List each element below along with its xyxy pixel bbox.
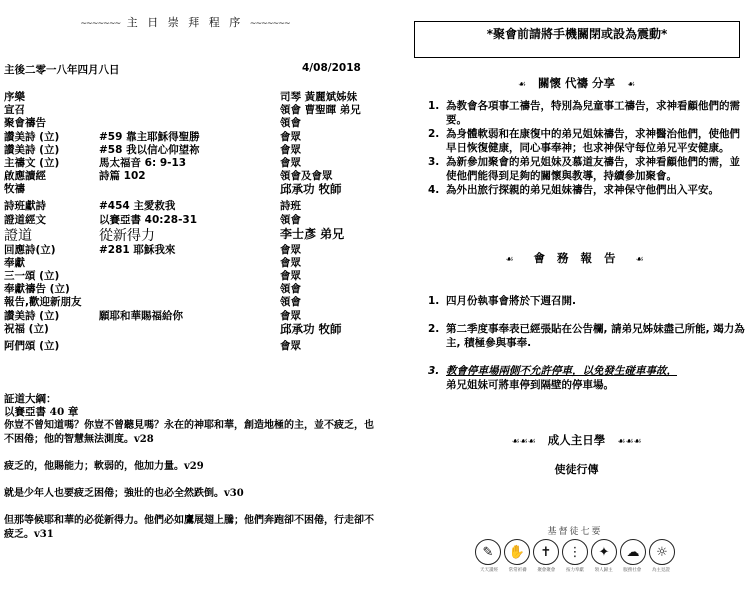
order-row: 牧禱邱承功 牧師 [4, 181, 380, 198]
emblem-title: 基督徒七要 [475, 524, 675, 537]
service-icon: ☁ [620, 539, 646, 565]
ornament-right-icon: ~~~~~~~ [250, 19, 290, 28]
worship-title: ~~~~~~~ 主 日 崇 拜 程 序 ~~~~~~~ [70, 14, 300, 30]
emblem-label: 天天讀經 [475, 567, 503, 573]
ornament-icon: ☙ [505, 255, 517, 265]
order-row: 主禱文 (立)馬太福音 6: 9-13會眾 [4, 155, 380, 168]
order-row: 回應詩(立)#281 耶穌我來會眾 [4, 242, 380, 255]
order-row: 證道經文以賽亞書 40:28-31領會 [4, 212, 380, 225]
emblem-label: 服務社會 [618, 567, 646, 573]
order-row: 讚美詩 (立)願耶和華賜福給你會眾 [4, 308, 380, 321]
emblem-label: 常常祈禱 [504, 567, 532, 573]
verse-v31: 但那等候耶和華的必從新得力。他們必如鷹展翅上騰；他們奔跑卻不困倦，行走卻不疲乏。… [4, 514, 376, 542]
announcement-item: 1.四月份執事會將於下週召開. [428, 294, 748, 308]
outline-reference: 以賽亞書 40 章 [4, 406, 376, 419]
church-icon: ✝ [533, 539, 559, 565]
prayer-item: 4.為外出旅行探親的弟兄姐妹禱告，求神保守他們出入平安。 [428, 183, 748, 197]
announcements-title: ☙ 會 務 報 告 ☙ [400, 250, 753, 266]
order-row: 讚美詩 (立)#59 靠主耶穌得聖勝會眾 [4, 129, 380, 142]
prayer-list: 1.為教會各項事工禱告，特別為兒童事工禱告，求神看顧他們的需要。 2.為身體軟弱… [428, 99, 748, 197]
seven-essentials-emblem: 基督徒七要 ✎ ✋ ✝ ⋮ ✦ ☁ ☼ 天天讀經 常常祈禱 聚會聚會 按力奉獻 … [475, 524, 675, 573]
order-row: 詩班獻詩#454 主愛救我詩班 [4, 198, 380, 211]
prayer-item: 3.為新參加聚會的弟兄姐妹及慕道友禱告，求神看顧他們的需，並使他們能得到足夠的關… [428, 155, 748, 183]
verse-v29: 疲乏的，他賜能力；軟弱的，他加力量。v29 [4, 460, 376, 474]
phone-notice: *聚會前請將手機關閉或設為震動* [414, 21, 740, 58]
offering-icon: ⋮ [562, 539, 588, 565]
ornament-icon: ☙ [636, 255, 648, 265]
evangelism-icon: ✦ [591, 539, 617, 565]
sunday-school-book: 使徒行傳 [400, 461, 753, 477]
sermon-outline: 証道大綱： 以賽亞書 40 章 你豈不曾知道嗎？你豈不曾聽見嗎？永在的神耶和華，… [4, 393, 376, 542]
ornament-icon: ☙☙☙ [512, 437, 536, 447]
praying-icon: ✋ [504, 539, 530, 565]
order-row: 奉獻會眾 [4, 255, 380, 268]
order-row: 祝福 (立)邱承功 牧師 [4, 321, 380, 338]
verse-v28: 你豈不曾知道嗎？你豈不曾聽見嗎？永在的神耶和華，創造地極的主，並不疲乏，也不困倦… [4, 419, 376, 447]
service-date: 主後二零一八年四月八日 4/08/2018 [4, 62, 354, 77]
order-row: 聚會禱告領會 [4, 115, 380, 128]
date-chinese: 主後二零一八年四月八日 [4, 64, 120, 76]
emblem-label: 領人歸主 [590, 567, 618, 573]
announcement-list: 1.四月份執事會將於下週召開. 2.第二季度事奉表已經張貼在公告欄, 請弟兄姊妹… [428, 294, 748, 392]
order-row: 啟應讀經詩篇 102領會及會眾 [4, 168, 380, 181]
order-row: 奉獻禱告 (立)領會 [4, 281, 380, 294]
sunday-school-title: ☙☙☙ 成人主日學 ☙☙☙ [400, 432, 753, 448]
reading-icon: ✎ [475, 539, 501, 565]
order-row: 阿們頌 (立)會眾 [4, 338, 380, 351]
ornament-left-icon: ~~~~~~~ [80, 19, 120, 28]
order-of-service: 序樂司琴 黃麗斌姊妹 宣召領會 曹聖暉 弟兄 聚會禱告領會 讚美詩 (立)#59… [4, 89, 380, 351]
order-row: 宣召領會 曹聖暉 弟兄 [4, 102, 380, 115]
date-numeric: 4/08/2018 [302, 62, 361, 74]
emblem-label: 聚會聚會 [532, 567, 560, 573]
order-row: 報告,歡迎新朋友領會 [4, 294, 380, 307]
parking-warning: 教會停車場兩側不允許停車，以免發生碰車事故， [446, 365, 677, 377]
emblem-label: 為主見證 [647, 567, 675, 573]
order-row-sermon: 證道從新得力李士彥 弟兄 [4, 225, 380, 242]
ornament-icon: ☙ [518, 80, 526, 90]
announcement-item-parking: 3.教會停車場兩側不允許停車，以免發生碰車事故，弟兄姐妹可將車停到隔壁的停車場。 [428, 364, 748, 392]
announcements-page: *聚會前請將手機關閉或設為震動* ☙ 關懷 代禱 分享 ☙ 1.為教會各項事工禱… [400, 0, 753, 593]
candle-icon: ☼ [649, 539, 675, 565]
prayer-item: 2.為身體軟弱和在康復中的弟兄姐妹禱告，求神醫治他們，使他們早日恢復健康，同心事… [428, 127, 748, 155]
prayer-section-title: ☙ 關懷 代禱 分享 ☙ [400, 75, 753, 91]
verse-v30: 就是少年人也要疲乏困倦；強壯的也必全然跌倒。v30 [4, 487, 376, 501]
emblem-label: 按力奉獻 [561, 567, 589, 573]
ornament-icon: ☙☙☙ [617, 437, 641, 447]
announcement-item: 2.第二季度事奉表已經張貼在公告欄, 請弟兄姊妹盡己所能, 竭力為主, 積極參與… [428, 322, 748, 350]
prayer-item: 1.為教會各項事工禱告，特別為兒童事工禱告，求神看顧他們的需要。 [428, 99, 748, 127]
worship-title-text: 主 日 崇 拜 程 序 [127, 16, 243, 29]
order-row: 三一頌 (立)會眾 [4, 268, 380, 281]
outline-heading: 証道大綱： [4, 393, 376, 406]
worship-order-page: ~~~~~~~ 主 日 崇 拜 程 序 ~~~~~~~ 主後二零一八年四月八日 … [0, 0, 380, 593]
order-row: 序樂司琴 黃麗斌姊妹 [4, 89, 380, 102]
order-row: 讚美詩 (立)#58 我以信心仰望祢會眾 [4, 142, 380, 155]
ornament-icon: ☙ [627, 80, 635, 90]
